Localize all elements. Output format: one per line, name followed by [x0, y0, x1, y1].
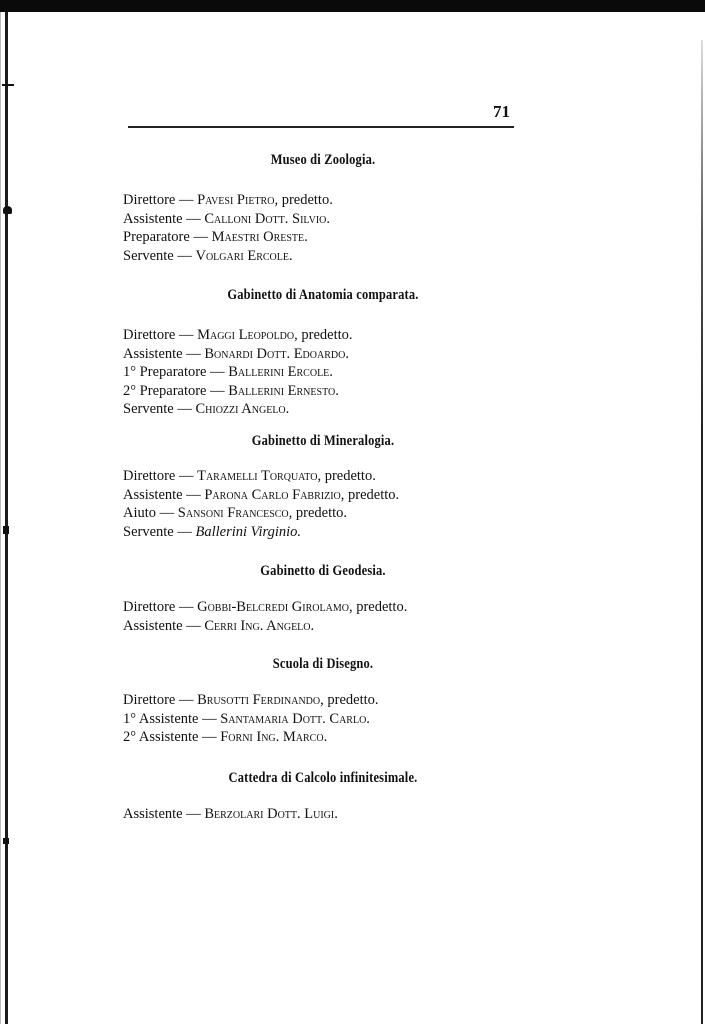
person-name: Taramelli Torquato	[197, 468, 317, 484]
binding-mark	[2, 84, 14, 86]
role: Direttore	[123, 599, 175, 615]
role: Direttore	[123, 192, 175, 208]
person-name: Cerri Ing. Angelo	[204, 618, 310, 634]
staff-entry: Direttore — Brusotti Ferdinando, predett…	[123, 691, 523, 710]
staff-entry: 1° Preparatore — Ballerini Ercole.	[123, 363, 523, 382]
person-name: Berzolari Dott. Luigi	[204, 806, 334, 822]
role: Direttore	[123, 468, 175, 484]
role: Servente	[123, 248, 174, 264]
staff-entry: Assistente — Bonardi Dott. Edoardo.	[123, 345, 523, 364]
section-title: Gabinetto di Mineralogia.	[151, 431, 495, 451]
staff-entry: Direttore — Gobbi-Belcredi Girolamo, pre…	[123, 598, 523, 617]
role: Servente	[123, 401, 174, 417]
section-mineralogia: Gabinetto di Mineralogia. Direttore — Ta…	[123, 431, 523, 541]
page-number: 71	[493, 102, 510, 122]
person-name: Maestri Oreste	[212, 229, 305, 245]
role: Aiuto	[123, 505, 156, 521]
section-calcolo-infinitesimale: Cattedra di Calcolo infinitesimale. Assi…	[123, 768, 523, 824]
role: Assistente	[123, 211, 183, 227]
page-right-edge	[701, 40, 703, 1024]
person-name: Calloni Dott. Silvio	[204, 211, 326, 227]
role: Assistente	[123, 806, 183, 822]
person-name: Maggi Leopoldo	[197, 327, 294, 343]
role: Direttore	[123, 327, 175, 343]
staff-entry: 2° Assistente — Forni Ing. Marco.	[123, 728, 523, 747]
staff-entry: Assistente — Calloni Dott. Silvio.	[123, 210, 523, 229]
binding-mark	[3, 206, 12, 214]
section-title: Gabinetto di Geodesia.	[151, 561, 495, 581]
staff-entry: Direttore — Taramelli Torquato, predetto…	[123, 467, 523, 486]
staff-entry: Servente — Chiozzi Angelo.	[123, 400, 523, 419]
staff-entry: Assistente — Cerri Ing. Angelo.	[123, 617, 523, 636]
staff-entry: Direttore — Maggi Leopoldo, predetto.	[123, 326, 523, 345]
staff-entry: Assistente — Berzolari Dott. Luigi.	[123, 805, 523, 824]
binding-mark	[3, 526, 9, 534]
staff-entry: Servente — Ballerini Virginio.	[123, 523, 523, 542]
section-anatomia-comparata: Gabinetto di Anatomia comparata. Diretto…	[123, 285, 523, 419]
person-name: Pavesi Pietro	[197, 192, 274, 208]
role: Assistente	[123, 346, 183, 362]
role: 1° Preparatore	[123, 364, 207, 380]
header-rule	[128, 126, 514, 128]
person-name: Chiozzi Angelo	[195, 401, 285, 417]
staff-entry: 1° Assistente — Santamaria Dott. Carlo.	[123, 710, 523, 729]
person-name: Santamaria Dott. Carlo	[220, 711, 366, 727]
person-name: Parona Carlo Fabrizio	[204, 487, 340, 503]
person-name: Brusotti Ferdinando	[197, 692, 320, 708]
staff-entry: Assistente — Parona Carlo Fabrizio, pred…	[123, 486, 523, 505]
scan-top-border	[0, 0, 705, 12]
role: Assistente	[123, 618, 183, 634]
staff-entry: Preparatore — Maestri Oreste.	[123, 228, 523, 247]
section-title: Cattedra di Calcolo infinitesimale.	[151, 768, 495, 788]
staff-entry: Direttore — Pavesi Pietro, predetto.	[123, 191, 523, 210]
staff-entry: Aiuto — Sansoni Francesco, predetto.	[123, 504, 523, 523]
role: 1° Assistente	[123, 711, 198, 727]
section-geodesia: Gabinetto di Geodesia. Direttore — Gobbi…	[123, 561, 523, 635]
role: 2° Preparatore	[123, 383, 207, 399]
page-left-edge	[5, 12, 8, 1024]
section-museo-zoologia: Museo di Zoologia. Direttore — Pavesi Pi…	[123, 150, 523, 265]
section-title: Scuola di Disegno.	[151, 654, 495, 674]
person-name: Sansoni Francesco	[178, 505, 289, 521]
role: Assistente	[123, 487, 183, 503]
person-name: Ballerini Ernesto	[228, 383, 335, 399]
section-scuola-disegno: Scuola di Disegno. Direttore — Brusotti …	[123, 654, 523, 747]
person-name: Ballerini Virginio	[195, 524, 297, 540]
person-name: Ballerini Ercole	[228, 364, 329, 380]
role: Preparatore	[123, 229, 190, 245]
role: 2° Assistente	[123, 729, 198, 745]
staff-entry: Servente — Volgari Ercole.	[123, 247, 523, 266]
role: Servente	[123, 524, 174, 540]
staff-entry: 2° Preparatore — Ballerini Ernesto.	[123, 382, 523, 401]
person-name: Forni Ing. Marco	[220, 729, 323, 745]
section-title: Museo di Zoologia.	[151, 150, 495, 170]
section-title: Gabinetto di Anatomia comparata.	[151, 285, 495, 305]
scan-left-shadow	[0, 12, 1, 1024]
role: Direttore	[123, 692, 175, 708]
person-name: Bonardi Dott. Edoardo	[204, 346, 345, 362]
person-name: Gobbi-Belcredi Girolamo	[197, 599, 349, 615]
binding-mark	[3, 838, 9, 844]
person-name: Volgari Ercole	[195, 248, 289, 264]
